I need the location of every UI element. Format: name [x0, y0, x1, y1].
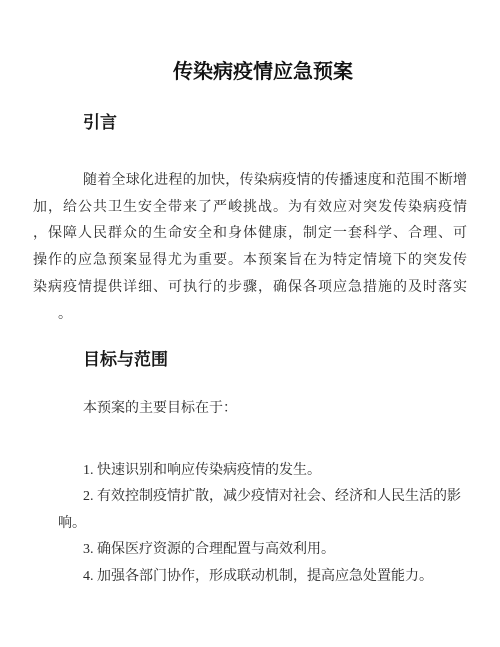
- paragraph-line: 加，给公共卫生安全带来了严峻挑战。为有效应对突发传染病疫情: [33, 195, 467, 222]
- list-item: 3. 确保医疗资源的合理配置与高效利用。: [33, 537, 467, 564]
- list-item: 4. 加强各部门协作，形成联动机制，提高应急处置能力。: [33, 564, 467, 591]
- list-item: 1. 快速识别和响应传染病疫情的发生。: [33, 458, 467, 485]
- section-heading-goals-scope: 目标与范围: [33, 348, 467, 372]
- list-item-line: 3. 确保医疗资源的合理配置与高效利用。: [33, 537, 467, 564]
- list-item-line: 2. 有效控制疫情扩散，减少疫情对社会、经济和人民生活的影: [33, 484, 467, 511]
- paragraph-line: 随着全球化进程的加快，传染病疫情的传播速度和范围不断增: [33, 168, 467, 195]
- goal-list: 1. 快速识别和响应传染病疫情的发生。 2. 有效控制疫情扩散，减少疫情对社会、…: [33, 458, 467, 591]
- paragraph-line: 操作的应急预案显得尤为重要。本预案旨在为特定情境下的突发传: [33, 248, 467, 275]
- section-heading-introduction: 引言: [33, 111, 467, 135]
- list-item-line: 1. 快速识别和响应传染病疫情的发生。: [33, 458, 467, 485]
- list-item-line: 响。: [33, 511, 467, 538]
- list-item: 2. 有效控制疫情扩散，减少疫情对社会、经济和人民生活的影 响。: [33, 484, 467, 537]
- goals-intro-line: 本预案的主要目标在于：: [33, 396, 467, 423]
- paragraph-line: ，保障人民群众的生命安全和身体健康，制定一套科学、合理、可: [33, 221, 467, 248]
- introduction-paragraph: 随着全球化进程的加快，传染病疫情的传播速度和范围不断增 加，给公共卫生安全带来了…: [33, 168, 467, 328]
- paragraph-line: 染病疫情提供详细、可执行的步骤，确保各项应急措施的及时落实: [33, 275, 467, 302]
- document-page: 传染病疫情应急预案 引言 随着全球化进程的加快，传染病疫情的传播速度和范围不断增…: [0, 0, 500, 647]
- list-item-line: 4. 加强各部门协作，形成联动机制，提高应急处置能力。: [33, 564, 467, 591]
- document-title: 传染病疫情应急预案: [33, 59, 467, 85]
- paragraph-line: 。: [33, 302, 467, 329]
